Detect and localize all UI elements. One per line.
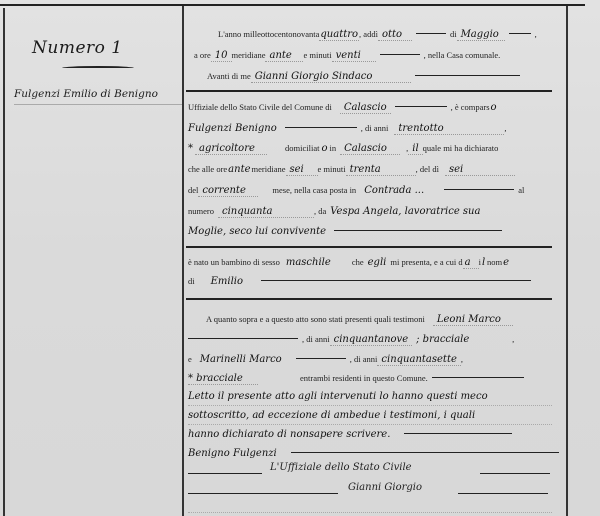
hw-witness1-occupation: ; bracciale — [412, 334, 512, 345]
printed-text: , di anni — [302, 334, 330, 344]
hw-egli: egli — [364, 257, 391, 268]
line-date: L'anno milleottocentonovanta quattro , a… — [218, 29, 537, 41]
printed-text: al — [518, 185, 524, 195]
hw-house-number: cinquanta — [218, 206, 314, 218]
hw-closing-text: Letto il presente atto agli intervenuti … — [188, 391, 492, 402]
signature-rule — [480, 473, 550, 474]
printed-text: A quanto sopra e a questo atto sono stat… — [206, 314, 425, 324]
margin-rule — [14, 104, 182, 105]
hw-month: Maggio — [457, 29, 505, 41]
printed-text: Uffiziale dello Stato Civile del Comune … — [188, 102, 332, 112]
hw-mother: Vespa Angela, lavoratrice sua — [326, 206, 506, 217]
hw-child-name: Emilio — [207, 276, 257, 287]
section-rule — [186, 298, 552, 300]
printed-text: di — [450, 29, 457, 39]
guide-line — [188, 405, 552, 406]
hw-a: a — [463, 257, 479, 269]
line-number-mother: numero cinquanta , da Vespa Angela, lavo… — [188, 206, 506, 218]
hw-ante: ante — [227, 164, 251, 175]
hw-witness1-age: cinquantanove — [330, 334, 413, 346]
printed-text: mi presenta, e a cui d — [390, 257, 462, 267]
printed-text: e minuti — [303, 50, 331, 60]
hw-declarant-name: Fulgenzi Benigno — [188, 123, 281, 134]
line-child-name: di Emilio — [188, 276, 535, 287]
hw-closing-text: sottoscritto, ad eccezione di ambedue i … — [188, 410, 479, 421]
printed-text: , di anni — [361, 123, 389, 133]
printed-text: quale mi ha dichiarato — [423, 143, 499, 153]
hw-year: quattro — [319, 29, 359, 41]
hw-e: e — [502, 257, 510, 268]
printed-text: meridiane — [252, 164, 286, 174]
line-witness2-occ: * bracciale entrambi residenti in questo… — [188, 373, 528, 385]
fill-dash — [291, 452, 559, 453]
printed-text: , addì — [359, 29, 378, 39]
printed-text: mese, nella casa posta in — [272, 185, 356, 195]
fill-dash — [334, 230, 502, 231]
hw-witness2-name: Marinelli Marco — [196, 354, 292, 365]
printed-text: domiciliat — [285, 143, 319, 153]
line-child-sex: è nato un bambino di sesso maschile che … — [188, 257, 510, 269]
hw-comune: Calascio — [340, 102, 391, 114]
printed-comma: , — [535, 29, 537, 39]
hw-day: otto — [378, 29, 412, 41]
signature-officer-name: Gianni Giorgio — [348, 482, 422, 493]
fill-dash — [432, 377, 524, 378]
printed-text: , del dì — [416, 164, 439, 174]
printed-text: del — [188, 185, 198, 195]
hw-prefix: * — [188, 143, 195, 154]
printed-text: Avanti di me — [207, 71, 251, 81]
fill-dash — [188, 338, 298, 339]
hw-closing-text: hanno dichiarato di nonsapere scrivere. — [188, 429, 394, 440]
printed-text: di — [188, 276, 195, 286]
printed-text: che — [352, 257, 364, 267]
printed-text: , da — [314, 206, 326, 216]
line-comune: Uffiziale dello Stato Civile del Comune … — [188, 102, 498, 114]
document-page: Numero 1 Fulgenzi Emilio di Benigno L'an… — [0, 0, 600, 516]
line-officer: Avanti di me Gianni Giorgio Sindaco — [207, 71, 524, 83]
printed-comma: , — [461, 354, 463, 364]
left-border — [3, 8, 5, 516]
fill-dash — [404, 433, 512, 434]
hw-ante: ante — [265, 50, 303, 62]
margin-column: Numero 1 Fulgenzi Emilio di Benigno — [6, 8, 180, 516]
hw-suffix: o — [490, 102, 498, 113]
printed-text: numero — [188, 206, 214, 216]
section-rule — [186, 90, 552, 92]
hw-witness2-occupation: * bracciale — [188, 373, 258, 385]
hw-witness1-name: Leoni Marco — [433, 314, 513, 326]
hw-officer-name: Gianni Giorgio Sindaco — [251, 71, 411, 83]
printed-comma: , — [504, 123, 506, 133]
signature-rule — [458, 493, 548, 494]
hw-occupation: agricoltore — [195, 143, 267, 155]
hw-street: Contrada ... — [360, 185, 440, 196]
printed-text: è nato un bambino di sesso — [188, 257, 280, 267]
fill-dash — [415, 75, 520, 76]
hw-minutes: venti — [332, 50, 376, 62]
fill-dash — [285, 127, 357, 128]
signature-officer-title: L'Uffiziale dello Stato Civile — [270, 462, 412, 473]
hw-mother-relation: Moglie, seco lui convivente — [188, 226, 330, 237]
line-declarant: Fulgenzi Benigno , di anni trentotto , — [188, 123, 507, 135]
line-witness2: e Marinelli Marco , di anni cinquantaset… — [188, 354, 463, 366]
section-rule — [186, 246, 552, 248]
top-border-rule — [0, 4, 585, 6]
column-divider — [182, 6, 184, 516]
printed-text: , nella Casa comunale. — [424, 50, 501, 60]
hw-article: il — [408, 143, 422, 155]
printed-text: nom — [487, 257, 502, 267]
fill-dash — [261, 280, 531, 281]
signature-declarant: Benigno Fulgenzi — [188, 448, 281, 459]
printed-text: meridiane — [232, 50, 266, 60]
line-occupation: * agricoltore domiciliat o in Calascio ,… — [188, 143, 498, 155]
hw-witness2-age: cinquantasette — [377, 354, 460, 366]
line-birth-time: che alle ore ante meridiane sei e minuti… — [188, 164, 515, 176]
line-witnesses: A quanto sopra e a questo atto sono stat… — [206, 314, 513, 326]
line-sig-declarant: Benigno Fulgenzi — [188, 448, 563, 459]
line-mother-cont: Moglie, seco lui convivente — [188, 226, 506, 237]
printed-text: e — [188, 354, 192, 364]
flourish-decoration — [62, 66, 134, 70]
guide-line — [188, 424, 552, 425]
signature-rule — [188, 493, 338, 494]
line-house: del corrente mese, nella casa posta in C… — [188, 185, 524, 197]
printed-comma: , — [512, 334, 514, 344]
entry-number: Numero 1 — [32, 38, 123, 58]
line-closing-1: Letto il presente atto agli intervenuti … — [188, 391, 492, 402]
fill-dash — [444, 189, 514, 190]
guide-line — [188, 512, 552, 513]
fill-dash — [380, 54, 420, 55]
printed-text: che alle ore — [188, 164, 227, 174]
printed-text: entrambi residenti in questo Comune. — [300, 373, 428, 383]
hw-child-sex: maschile — [282, 257, 346, 268]
margin-subject-name: Fulgenzi Emilio di Benigno — [14, 88, 158, 100]
printed-text: , di anni — [350, 354, 378, 364]
fill-dash — [296, 358, 346, 359]
line-closing-3: hanno dichiarato di nonsapere scrivere. — [188, 429, 516, 440]
hw-birth-day: sei — [445, 164, 515, 176]
line-closing-2: sottoscritto, ad eccezione di ambedue i … — [188, 410, 479, 421]
hw-birth-minutes: trenta — [346, 164, 416, 176]
fill-dash — [395, 106, 447, 107]
right-border — [566, 6, 568, 516]
hw-suffix: o — [319, 143, 329, 154]
hw-domicile: Calascio — [340, 143, 400, 155]
line-time: a ore 10 meridiane ante e minuti venti ,… — [194, 50, 500, 62]
fill-dash — [509, 33, 531, 34]
hw-month: corrente — [198, 185, 258, 197]
printed-text: e minuti — [318, 164, 346, 174]
printed-text: in — [330, 143, 337, 153]
printed-text: L'anno milleottocentonovanta — [218, 29, 319, 39]
hw-birth-hour: sei — [286, 164, 318, 176]
fill-dash — [416, 33, 446, 34]
line-witness1-age: , di anni cinquantanove ; bracciale , — [188, 334, 514, 346]
hw-hour: 10 — [211, 50, 232, 62]
printed-text: , è compars — [451, 102, 490, 112]
hw-declarant-age: trentotto — [394, 123, 504, 135]
signature-rule — [188, 473, 262, 474]
printed-text: a ore — [194, 50, 211, 60]
